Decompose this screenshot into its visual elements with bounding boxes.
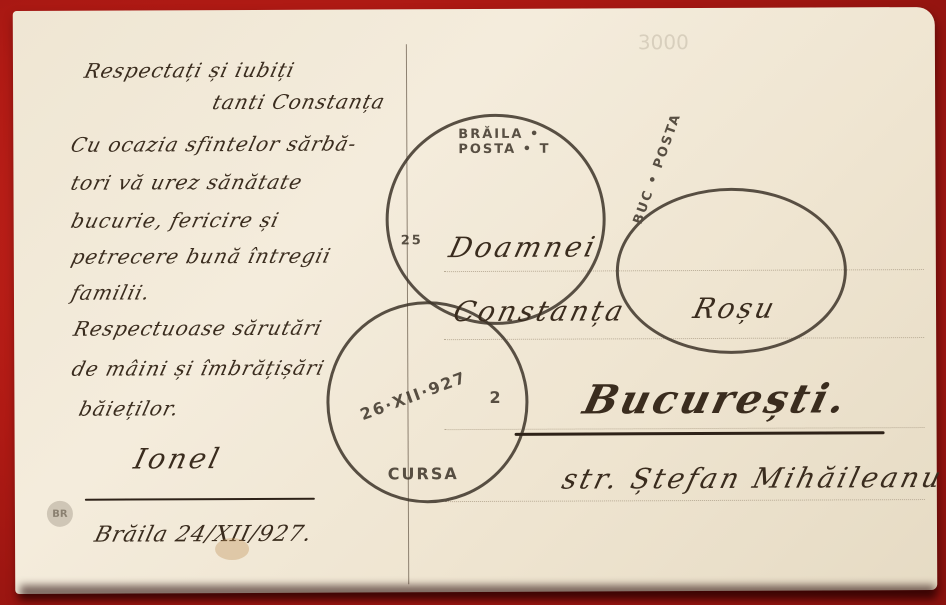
postmark-bucuresti: BUC • POSTA: [616, 187, 848, 354]
message-line: bucurie, fericire și: [69, 208, 282, 233]
card-shadow: [20, 585, 935, 599]
faint-pencil-mark: 3000: [638, 30, 689, 54]
signature: Ionel: [131, 442, 226, 475]
message-line: petrecere bună întregii: [69, 244, 334, 269]
postcard: 3000 Respectați și iubiți tanti Constanț…: [13, 7, 938, 594]
address-guideline: [445, 499, 925, 502]
address-last-name: Roșu: [690, 292, 780, 325]
postmark-date: 25: [401, 233, 423, 248]
postmark-text: CURSA: [388, 464, 459, 483]
message-line: Cu ocazia sfintelor sărbă-: [68, 132, 359, 157]
postmark-number: 2: [489, 388, 502, 407]
address-street: str. Ștefan Mihăileanu: [559, 461, 946, 496]
address-salutation: Doamnei: [446, 230, 601, 264]
message-line: familii.: [69, 280, 153, 304]
postmark-text: BUC • POSTA: [631, 111, 685, 226]
message-line: tanti Constanța: [210, 89, 388, 114]
message-line: băieților.: [77, 396, 182, 420]
publisher-logo: BR: [47, 501, 73, 527]
message-line: Respectuoase sărutări: [71, 316, 325, 341]
stain: [215, 538, 249, 560]
message-line: tori vă urez sănătate: [69, 170, 306, 195]
signature-flourish: [85, 498, 315, 501]
address-first-name: Constanța: [450, 294, 630, 328]
postmark-text: BRĂILA • POSTA • T: [458, 126, 602, 157]
message-line: de mâini și îmbrățișări: [69, 356, 327, 381]
address-city: București.: [579, 375, 853, 423]
postmark-cursa: 26·XII·927 CURSA 2: [326, 301, 529, 504]
message-line: Respectați și iubiți: [82, 58, 298, 83]
postmark-date: 26·XII·927: [358, 367, 470, 424]
place-date: Brăila 24/XII/927.: [92, 522, 315, 548]
city-underline: [515, 431, 885, 436]
